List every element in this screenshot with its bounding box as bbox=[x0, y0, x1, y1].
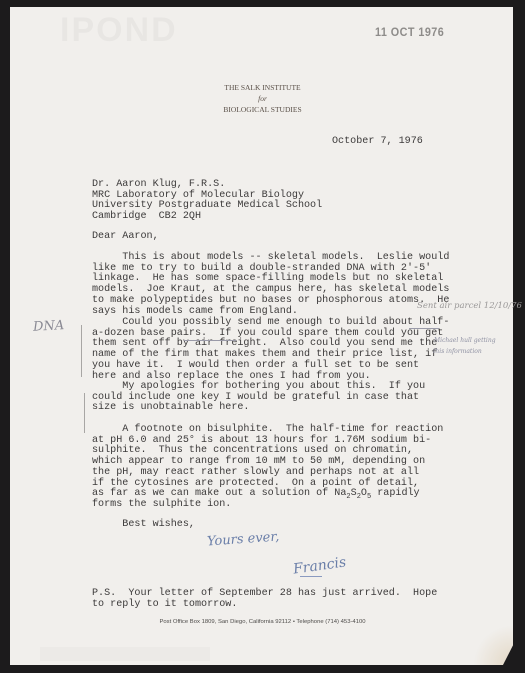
paragraph-line: the pH, may react rather slowly and perh… bbox=[92, 468, 443, 479]
paragraph-line: to make polypeptides but no bases or pho… bbox=[92, 296, 449, 307]
paragraph-models: This is about models -- skeletal models.… bbox=[92, 253, 449, 317]
recipient-address: Dr. Aaron Klug, F.R.S.MRC Laboratory of … bbox=[92, 180, 322, 223]
margin-bracket-apologies bbox=[84, 393, 85, 433]
closing: Best wishes, bbox=[92, 520, 195, 531]
formula-subscript: 5 bbox=[367, 493, 371, 501]
paragraph-line: says his models came from England. bbox=[92, 307, 449, 318]
postscript-line: to reply to it tomorrow. bbox=[92, 600, 437, 611]
sent-air-parcel-note: Sent air parcel 12/10/76 bbox=[417, 301, 522, 311]
recipient-line: Cambridge CB2 2QH bbox=[92, 212, 322, 223]
signature-underline bbox=[300, 576, 322, 577]
side-note-line-1: Michael hull getting bbox=[434, 337, 496, 344]
formula-text: Na bbox=[334, 488, 346, 499]
postscript: P.S. Your letter of September 28 has jus… bbox=[92, 589, 437, 610]
formula-text: rapidly bbox=[371, 488, 419, 499]
margin-note-dna: DNA bbox=[33, 318, 65, 335]
paragraph-bisulphite: A footnote on bisulphite. The half-time … bbox=[92, 425, 443, 511]
bleed-through-mark-bottom bbox=[40, 647, 210, 661]
formula-subscript: 2 bbox=[357, 493, 361, 501]
margin-bracket-request bbox=[81, 325, 82, 377]
paragraph-line: you have it. I would then order a full s… bbox=[92, 361, 449, 372]
get-underline bbox=[409, 328, 439, 329]
letterhead-line-3: BIOLOGICAL STUDIES bbox=[0, 104, 525, 116]
paragraph-line: forms the sulphite ion. bbox=[92, 500, 443, 511]
letterhead-footer: Post Office Box 1809, San Diego, Califor… bbox=[0, 619, 525, 625]
formula-text: as far as we can make out a solution of bbox=[92, 488, 334, 499]
letter-date: October 7, 1976 bbox=[332, 137, 423, 148]
air-freight-underline bbox=[184, 340, 236, 341]
salutation: Dear Aaron, bbox=[92, 232, 159, 243]
paragraph-apologies: My apologies for bothering you about thi… bbox=[92, 382, 425, 414]
formula-text: S bbox=[351, 488, 357, 499]
formula-subscript: 2 bbox=[346, 493, 350, 501]
paragraph-line: size is unobtainable here. bbox=[92, 403, 425, 414]
side-note-line-2: this information bbox=[433, 348, 482, 355]
received-date-stamp: 11 OCT 1976 bbox=[375, 25, 444, 39]
bleed-through-mark: IPOND bbox=[60, 11, 178, 50]
paragraph-request: Could you possibly send me enough to bui… bbox=[92, 318, 449, 382]
